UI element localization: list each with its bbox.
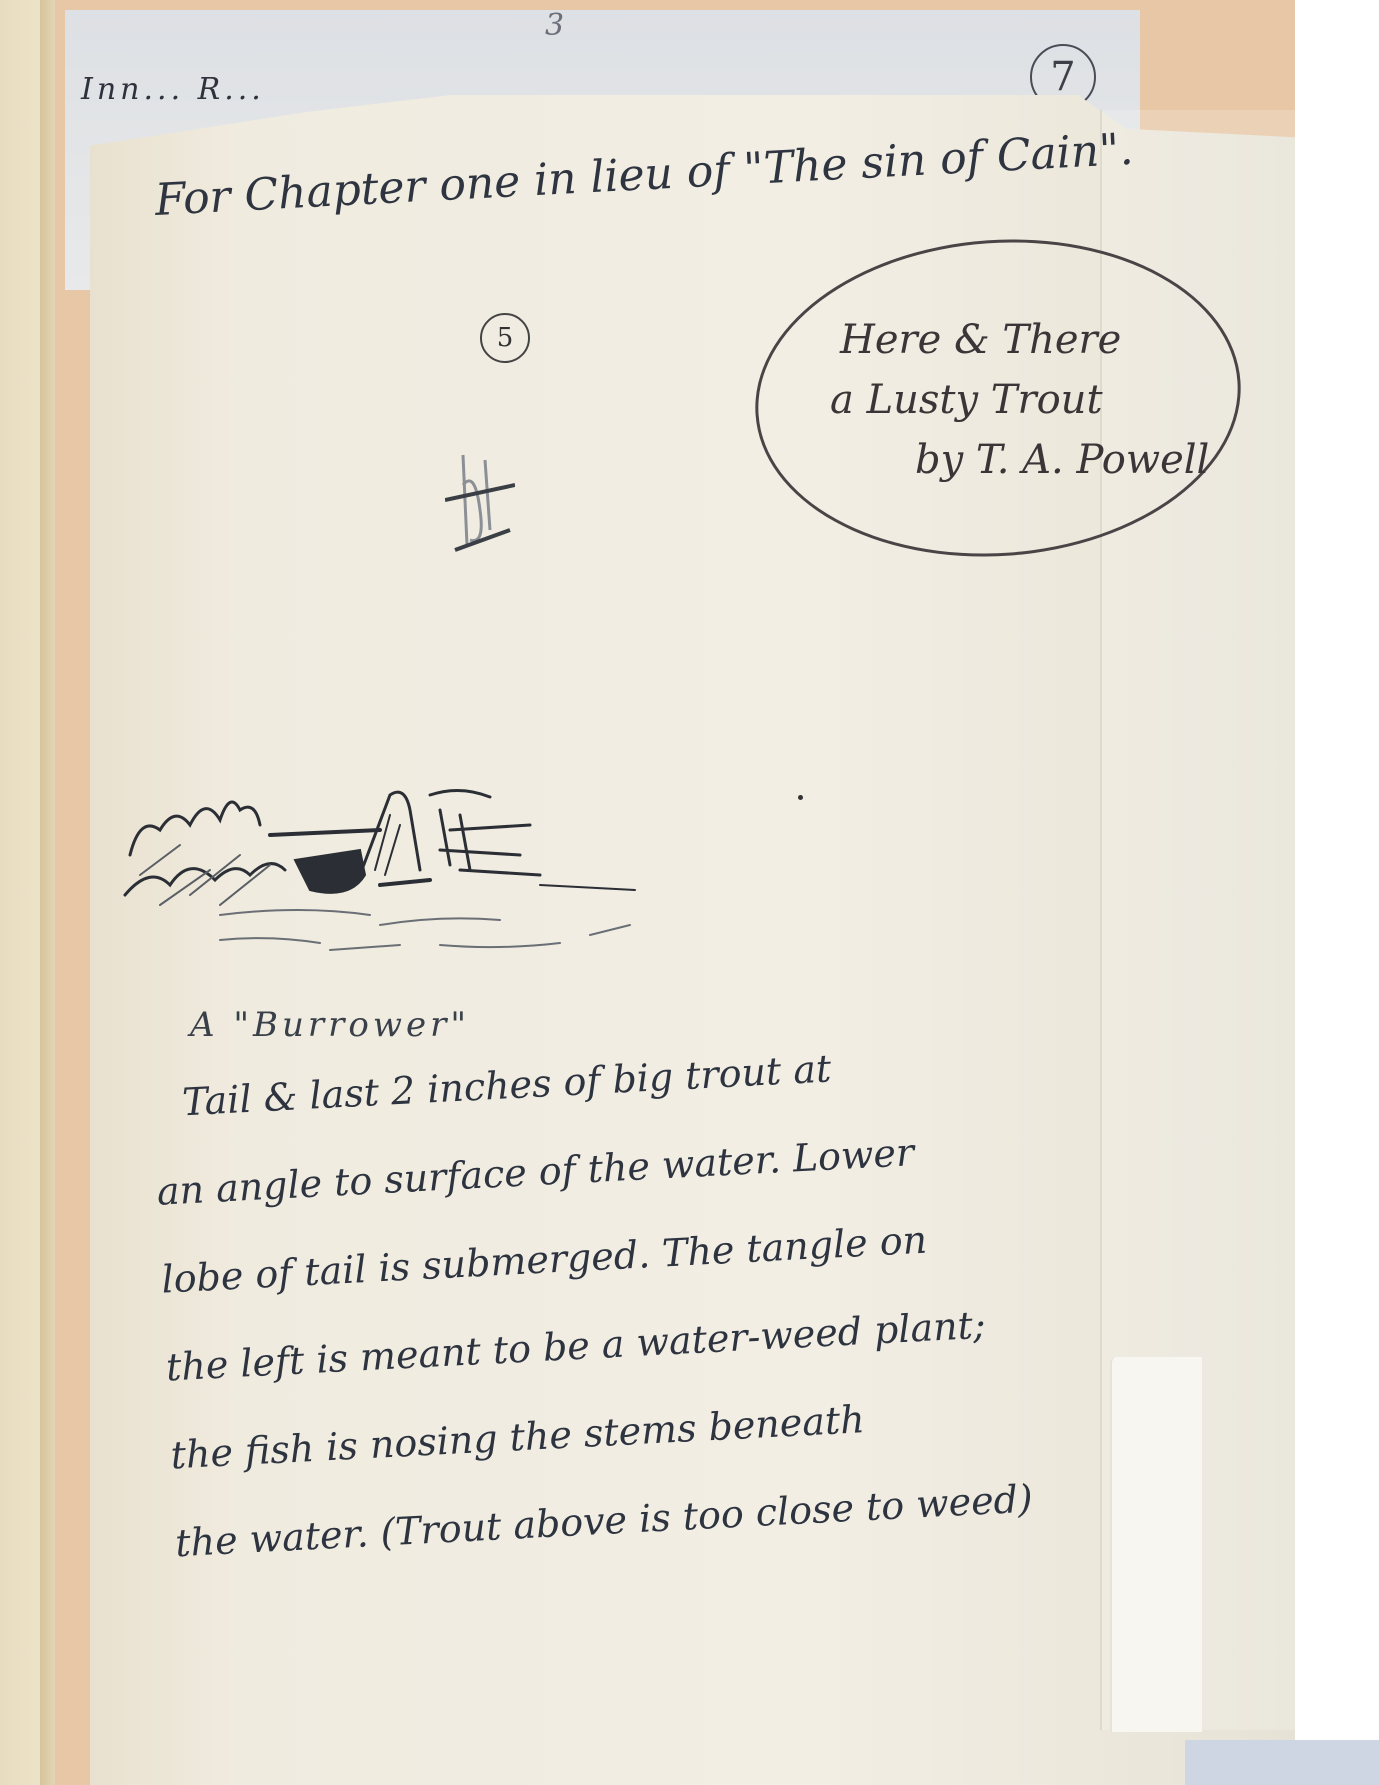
title-block: Here & There a Lusty Trout by T. A. Powe… xyxy=(830,310,1209,490)
circled-page-number: 5 xyxy=(480,313,530,363)
ink-dot xyxy=(798,795,803,800)
trout-sketch-icon xyxy=(120,775,640,975)
background-page-number: 3 xyxy=(545,8,564,43)
sketch-caption: A "Burrower" xyxy=(190,1005,470,1045)
title-author: by T. A. Powell xyxy=(915,430,1209,490)
scribble-mark-icon xyxy=(445,450,515,560)
shadow-area xyxy=(1185,1740,1379,1785)
paper-tab xyxy=(1110,1357,1202,1732)
title-line-2: a Lusty Trout xyxy=(830,370,1209,430)
background-partial-text: Inn... R... xyxy=(81,72,265,107)
title-line-1: Here & There xyxy=(840,310,1209,370)
manuscript-notes: Tail & last 2 inches of big trout at an … xyxy=(150,1012,1096,1587)
